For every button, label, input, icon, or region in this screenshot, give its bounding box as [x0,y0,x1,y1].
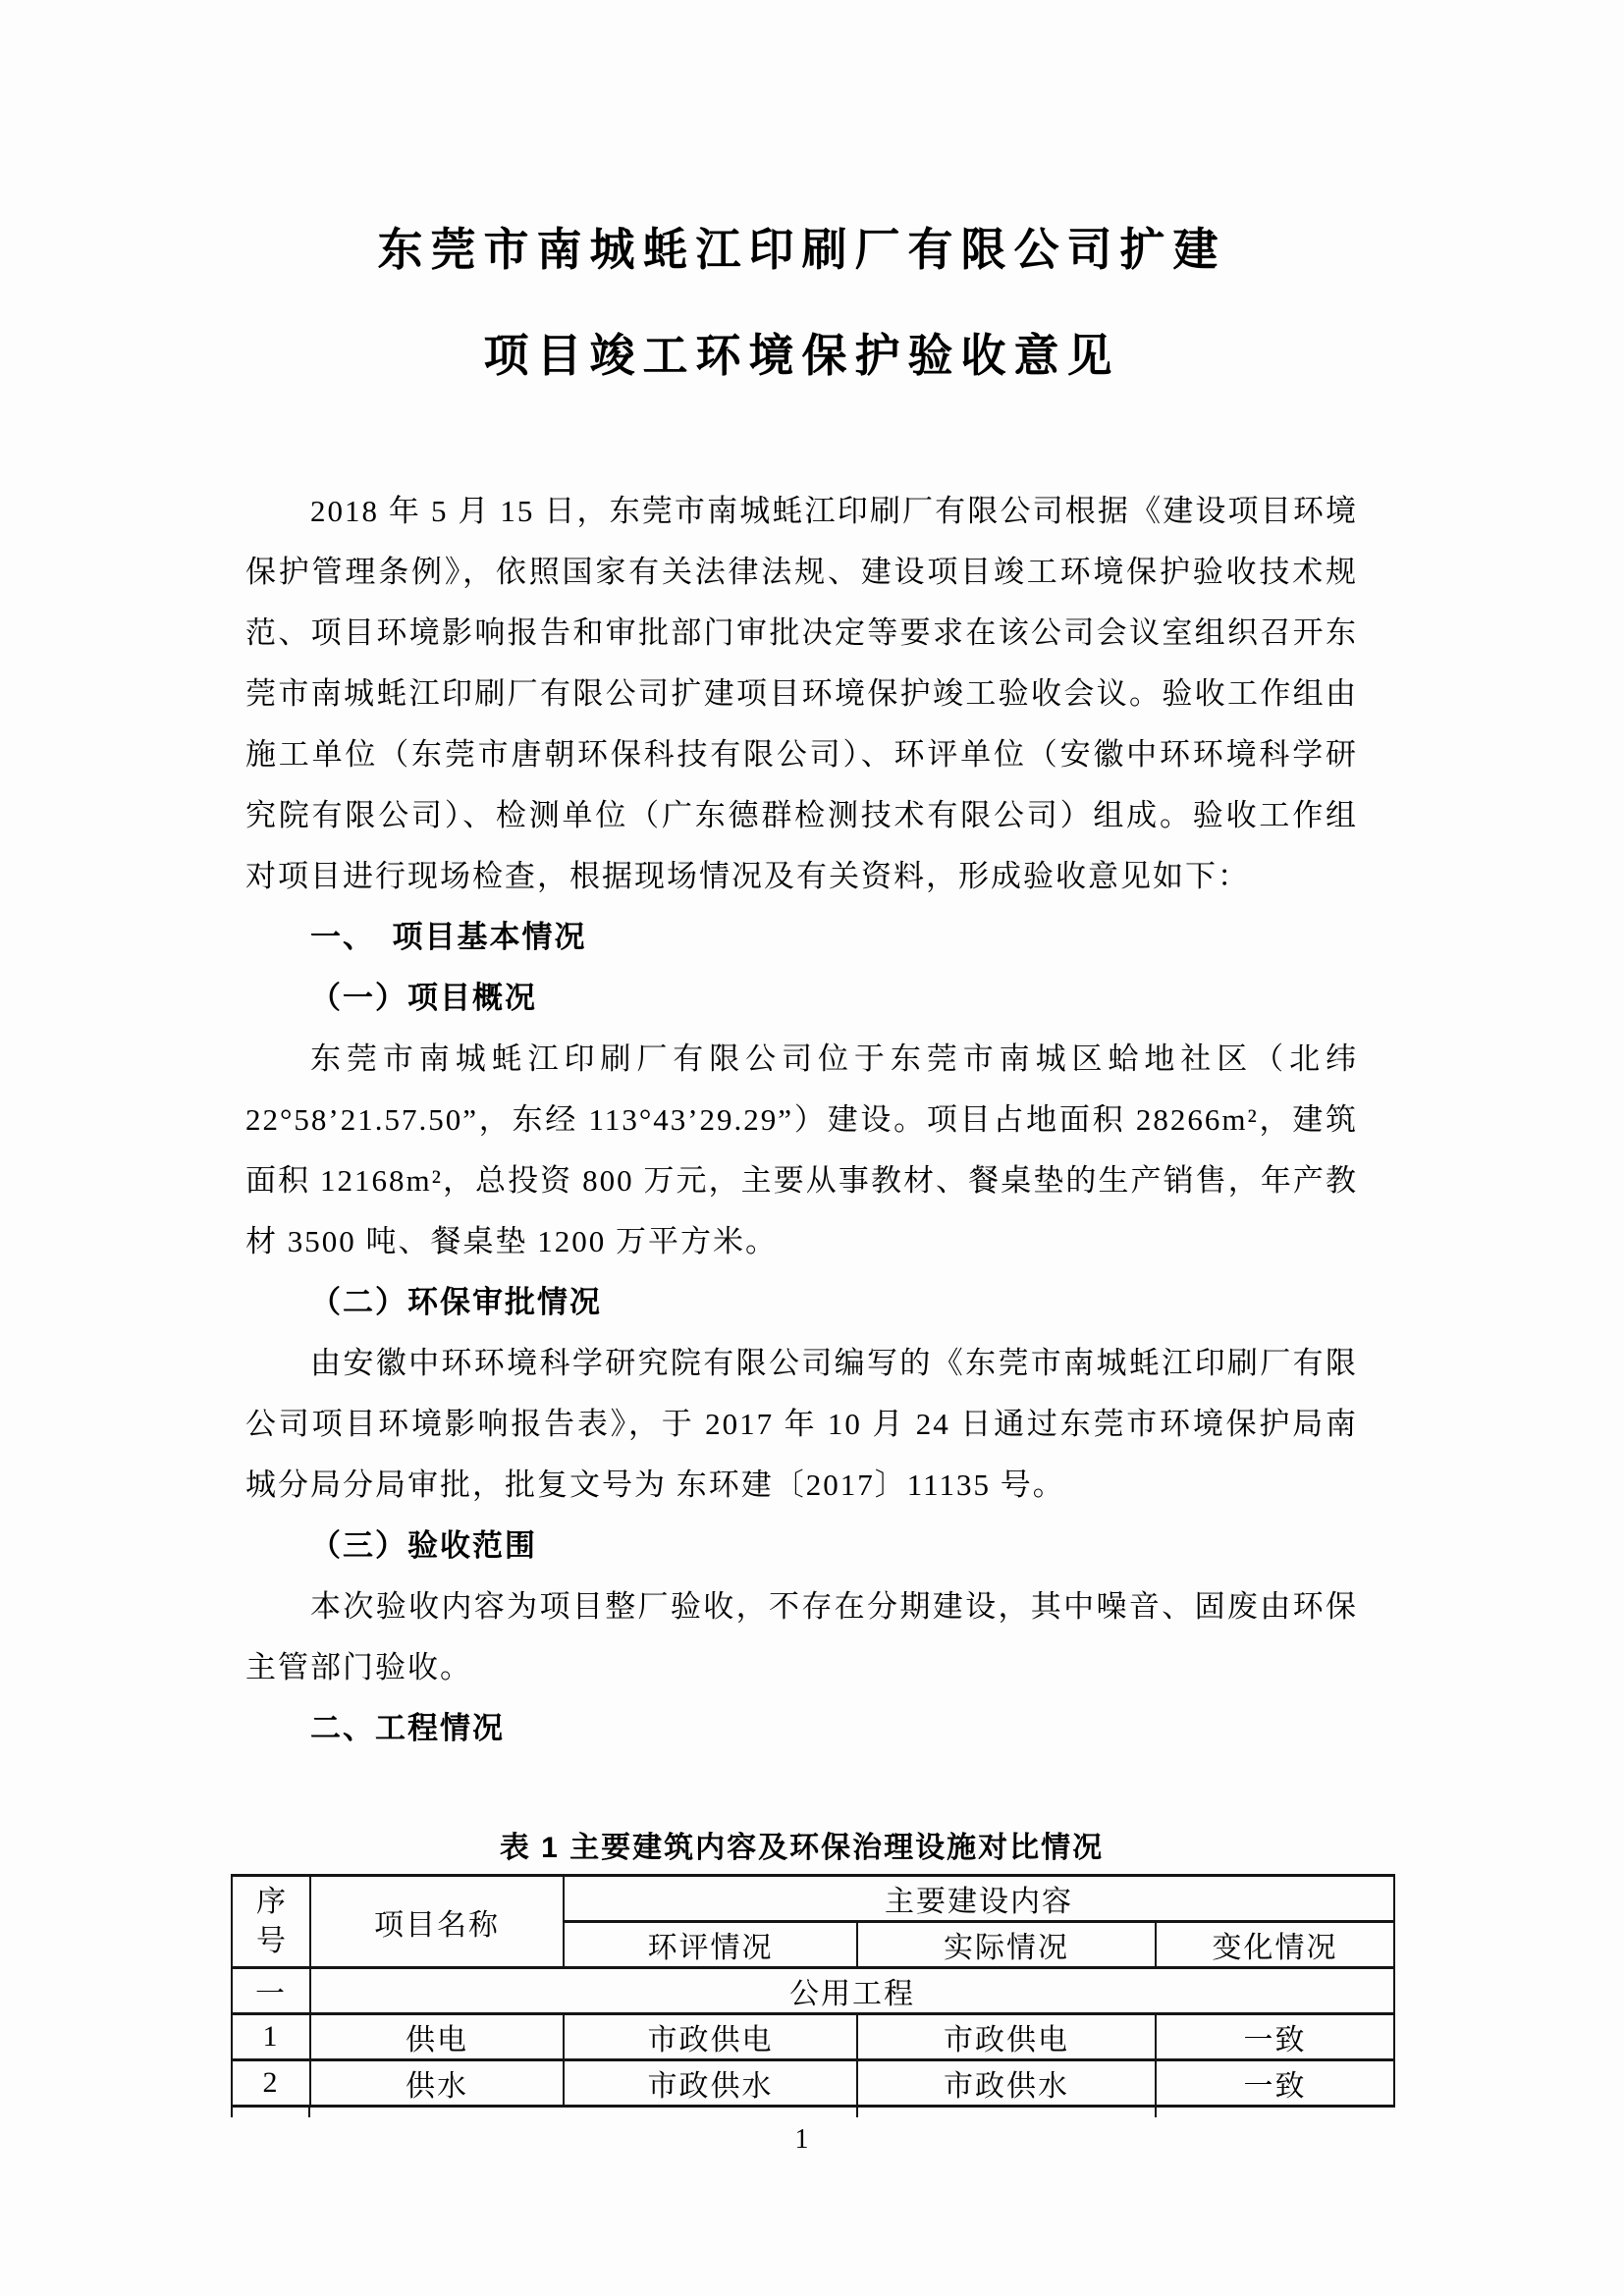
table-row: 1 供电 市政供电 市政供电 一致 [232,2014,1394,2060]
cell-eia: 市政供电 [564,2014,857,2060]
comparison-table: 序号 项目名称 主要建设内容 环评情况 实际情况 变化情况 一 公用工程 1 供… [231,1874,1395,2108]
table-caption: 表 1 主要建筑内容及环保治理设施对比情况 [245,1827,1358,1870]
table-border-stub [1155,2108,1157,2117]
approval-paragraph: 由安徽中环环境科学研究院有限公司编写的《东莞市南城蚝江印刷厂有限公司项目环境影响… [245,1333,1358,1516]
cell-change: 一致 [1156,2014,1394,2060]
scope-paragraph: 本次验收内容为项目整厂验收，不存在分期建设，其中噪音、固废由环保主管部门验收。 [245,1576,1358,1698]
cell-eia: 市政供水 [564,2060,857,2107]
table-border-stub [308,2108,310,2117]
section-heading-1: 一、 项目基本情况 [245,907,1358,968]
document-title: 东莞市南城蚝江印刷厂有限公司扩建 项目竣工环境保护验收意见 [245,196,1358,408]
intro-paragraph: 2018 年 5 月 15 日，东莞市南城蚝江印刷厂有限公司根据《建设项目环境保… [245,481,1358,907]
section-heading-2: 二、工程情况 [245,1698,1358,1759]
page-content: 东莞市南城蚝江印刷厂有限公司扩建 项目竣工环境保护验收意见 2018 年 5 月… [245,0,1358,2155]
table-border-stub [856,2108,858,2117]
section-heading-1-3: （三）验收范围 [245,1516,1358,1576]
title-line-1: 东莞市南城蚝江印刷厂有限公司扩建 [245,196,1358,302]
header-cell-actual: 实际情况 [857,1922,1156,1968]
section-seq-cell: 一 [232,1968,310,2014]
table-cutoff-row-stubs [231,2108,1393,2117]
table-row: 2 供水 市政供水 市政供水 一致 [232,2060,1394,2107]
cell-actual: 市政供水 [857,2060,1156,2107]
cell-name: 供电 [310,2014,564,2060]
header-cell-main-content: 主要建设内容 [564,1876,1394,1922]
cell-name: 供水 [310,2060,564,2107]
section-label-cell: 公用工程 [310,1968,1394,2014]
section-heading-1-1: （一）项目概况 [245,968,1358,1029]
section-heading-1-2: （二）环保审批情况 [245,1272,1358,1333]
header-cell-name: 项目名称 [310,1876,564,1968]
header-cell-change: 变化情况 [1156,1922,1394,1968]
table-header-row-1: 序号 项目名称 主要建设内容 [232,1876,1394,1922]
cell-actual: 市政供电 [857,2014,1156,2060]
project-overview-paragraph: 东莞市南城蚝江印刷厂有限公司位于东莞市南城区蛤地社区（北纬 22°58’21.5… [245,1029,1358,1272]
cell-seq: 1 [232,2014,310,2060]
header-cell-seq: 序号 [232,1876,310,1968]
table-border-stub [231,2108,233,2117]
table-section-row: 一 公用工程 [232,1968,1394,2014]
title-line-2: 项目竣工环境保护验收意见 [245,302,1358,408]
document-page: 东莞市南城蚝江印刷厂有限公司扩建 项目竣工环境保护验收意见 2018 年 5 月… [0,0,1624,2296]
cell-seq: 2 [232,2060,310,2107]
document-body: 2018 年 5 月 15 日，东莞市南城蚝江印刷厂有限公司根据《建设项目环境保… [245,481,1358,1759]
cell-change: 一致 [1156,2060,1394,2107]
page-number: 1 [245,2125,1358,2155]
header-cell-eia: 环评情况 [564,1922,857,1968]
